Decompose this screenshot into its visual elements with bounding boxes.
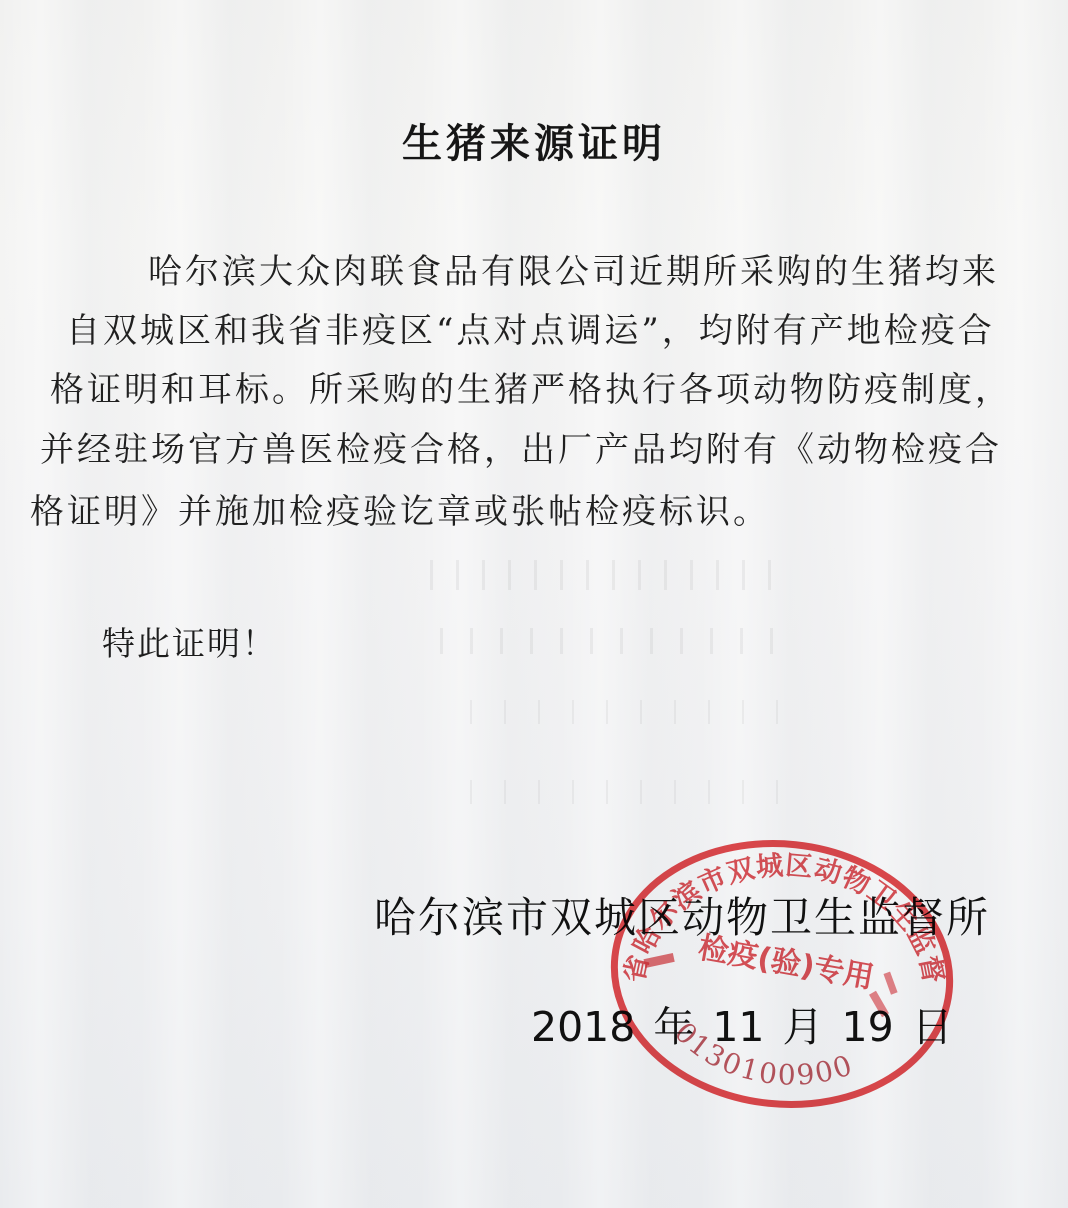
issuing-authority: 哈尔滨市双城区动物卫生监督所 (374, 885, 990, 945)
date-month-unit: 月 (783, 994, 824, 1053)
body-line-1: 哈尔滨大众肉联食品有限公司近期所采购的生猪均来 (148, 244, 999, 293)
closing-statement: 特此证明！ (102, 618, 277, 665)
show-through-marks (470, 780, 790, 804)
show-through-marks (440, 628, 780, 654)
date-year-unit: 年 (653, 994, 694, 1053)
date-day: 19 (842, 1003, 894, 1051)
date-month: 11 (712, 1003, 764, 1051)
body-line-3: 格证明和耳标。所采购的生猪严格执行各项动物防疫制度， (50, 362, 1012, 411)
official-seal-icon: 省哈尔滨市双城区动物卫生监督所 检疫(验)专用 0130100900 (604, 830, 960, 1112)
date-year: 2018 (531, 1003, 635, 1051)
body-line-4: 并经驻场官方兽医检疫合格，出厂产品均附有《动物检疫合 (40, 422, 1002, 471)
document-title: 生猪来源证明 (0, 112, 1068, 169)
body-line-5: 格证明》并施加检疫验讫章或张帖检疫标识。 (30, 484, 770, 533)
show-through-marks (430, 560, 790, 590)
document-photo: 生猪来源证明 哈尔滨大众肉联食品有限公司近期所采购的生猪均来 自双城区和我省非疫… (0, 0, 1068, 1208)
body-line-2: 自双城区和我省非疫区“点对点调运”，均附有产地检疫合 (66, 303, 995, 352)
date-day-unit: 日 (912, 994, 953, 1053)
show-through-marks (470, 700, 790, 724)
issue-date: 2018年11月19日 (531, 994, 953, 1053)
